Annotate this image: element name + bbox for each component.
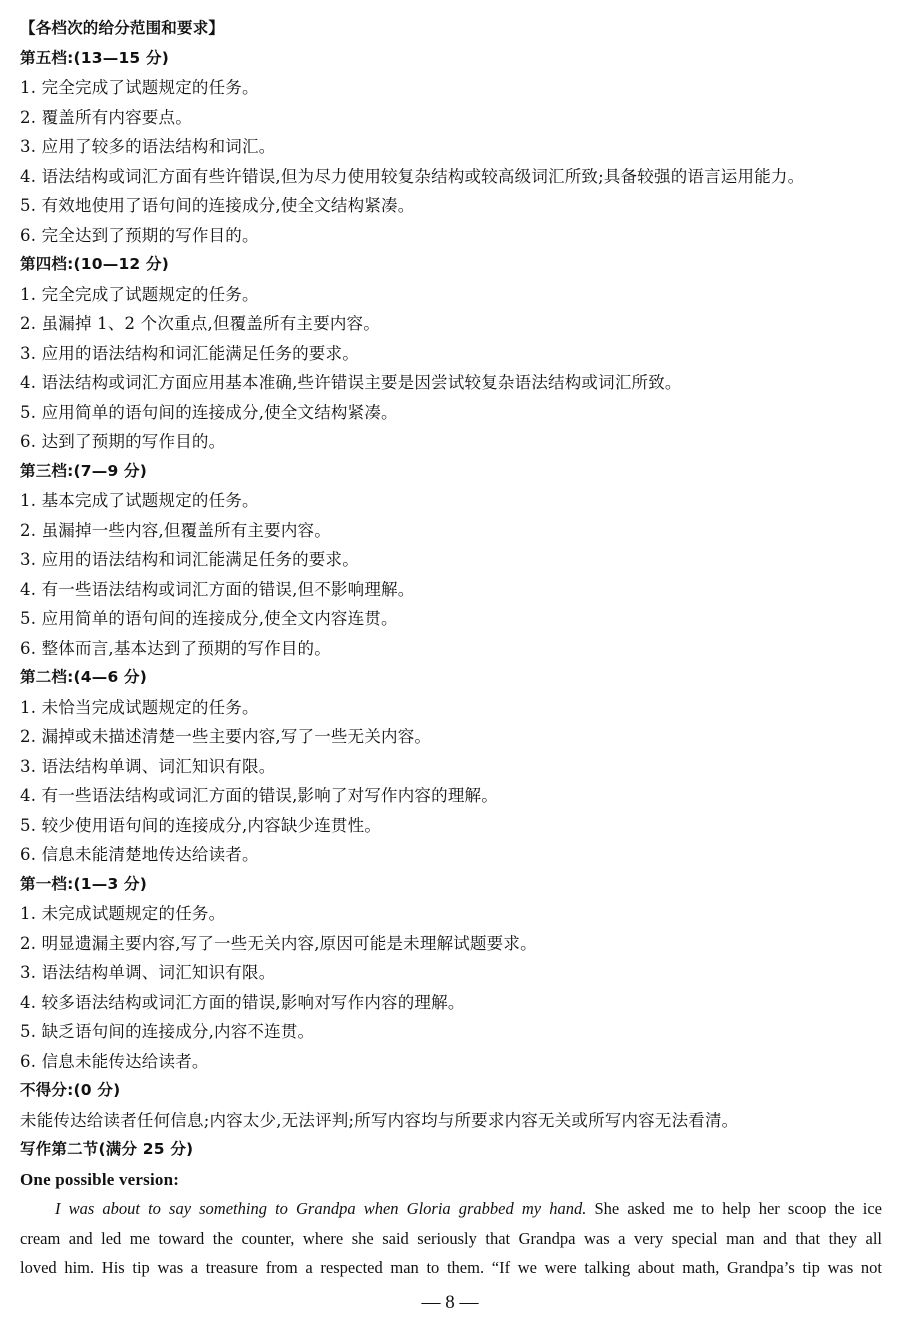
- level-heading: 第二档:(4—6 分): [20, 663, 882, 693]
- essay-line-3: loved him. His tip was a treasure from a…: [20, 1253, 882, 1283]
- criteria-item: 1. 未恰当完成试题规定的任务。: [20, 693, 882, 723]
- criteria-item: 1. 完全完成了试题规定的任务。: [20, 73, 882, 103]
- level-2-section: 第二档:(4—6 分) 1. 未恰当完成试题规定的任务。 2. 漏掉或未描述清楚…: [20, 663, 882, 870]
- essay-italic-lead: I was about to say something to Grandpa …: [55, 1199, 586, 1218]
- zero-score-heading: 不得分:(0 分): [20, 1076, 882, 1106]
- criteria-item: 4. 语法结构或词汇方面有些许错误,但为尽力使用较复杂结构或较高级词汇所致;具备…: [20, 162, 882, 192]
- criteria-item: 6. 信息未能清楚地传达给读者。: [20, 840, 882, 870]
- document-page: 【各档次的给分范围和要求】 第五档:(13—15 分) 1. 完全完成了试题规定…: [20, 14, 882, 1283]
- criteria-item: 2. 覆盖所有内容要点。: [20, 103, 882, 133]
- criteria-item: 2. 虽漏掉 1、2 个次重点,但覆盖所有主要内容。: [20, 309, 882, 339]
- essay-line-1-rest: She asked me to help her scoop the ice: [586, 1199, 882, 1218]
- criteria-item: 6. 信息未能传达给读者。: [20, 1047, 882, 1077]
- criteria-item: 4. 有一些语法结构或词汇方面的错误,影响了对写作内容的理解。: [20, 781, 882, 811]
- criteria-item: 5. 有效地使用了语句间的连接成分,使全文结构紧凑。: [20, 191, 882, 221]
- criteria-item: 3. 语法结构单调、词汇知识有限。: [20, 958, 882, 988]
- level-heading: 第四档:(10—12 分): [20, 250, 882, 280]
- criteria-item: 6. 完全达到了预期的写作目的。: [20, 221, 882, 251]
- criteria-item: 5. 缺乏语句间的连接成分,内容不连贯。: [20, 1017, 882, 1047]
- level-4-section: 第四档:(10—12 分) 1. 完全完成了试题规定的任务。 2. 虽漏掉 1、…: [20, 250, 882, 457]
- sample-essay-paragraph: I was about to say something to Grandpa …: [20, 1194, 882, 1283]
- criteria-item: 3. 应用的语法结构和词汇能满足任务的要求。: [20, 339, 882, 369]
- version-label: One possible version:: [20, 1165, 882, 1195]
- zero-score-section: 不得分:(0 分) 未能传达给读者任何信息;内容太少,无法评判;所写内容均与所要…: [20, 1076, 882, 1135]
- criteria-item: 5. 较少使用语句间的连接成分,内容缺少连贯性。: [20, 811, 882, 841]
- rubric-title: 【各档次的给分范围和要求】: [20, 14, 882, 44]
- criteria-item: 2. 明显遗漏主要内容,写了一些无关内容,原因可能是未理解试题要求。: [20, 929, 882, 959]
- criteria-item: 3. 语法结构单调、词汇知识有限。: [20, 752, 882, 782]
- level-heading: 第三档:(7—9 分): [20, 457, 882, 487]
- level-5-section: 第五档:(13—15 分) 1. 完全完成了试题规定的任务。 2. 覆盖所有内容…: [20, 44, 882, 251]
- section-2-heading: 写作第二节(满分 25 分): [20, 1135, 882, 1165]
- criteria-item: 2. 虽漏掉一些内容,但覆盖所有主要内容。: [20, 516, 882, 546]
- criteria-item: 4. 较多语法结构或词汇方面的错误,影响对写作内容的理解。: [20, 988, 882, 1018]
- criteria-item: 5. 应用简单的语句间的连接成分,使全文结构紧凑。: [20, 398, 882, 428]
- criteria-item: 6. 达到了预期的写作目的。: [20, 427, 882, 457]
- writing-section-2: 写作第二节(满分 25 分) One possible version: I w…: [20, 1135, 882, 1283]
- essay-line-1: I was about to say something to Grandpa …: [20, 1194, 882, 1224]
- level-3-section: 第三档:(7—9 分) 1. 基本完成了试题规定的任务。 2. 虽漏掉一些内容,…: [20, 457, 882, 664]
- page-number: — 8 —: [0, 1292, 900, 1314]
- essay-line-2: cream and led me toward the counter, whe…: [20, 1224, 882, 1254]
- level-heading: 第一档:(1—3 分): [20, 870, 882, 900]
- criteria-item: 3. 应用的语法结构和词汇能满足任务的要求。: [20, 545, 882, 575]
- zero-score-text: 未能传达给读者任何信息;内容太少,无法评判;所写内容均与所要求内容无关或所写内容…: [20, 1106, 882, 1136]
- criteria-item: 4. 有一些语法结构或词汇方面的错误,但不影响理解。: [20, 575, 882, 605]
- criteria-item: 3. 应用了较多的语法结构和词汇。: [20, 132, 882, 162]
- criteria-item: 2. 漏掉或未描述清楚一些主要内容,写了一些无关内容。: [20, 722, 882, 752]
- criteria-item: 1. 基本完成了试题规定的任务。: [20, 486, 882, 516]
- level-heading: 第五档:(13—15 分): [20, 44, 882, 74]
- criteria-item: 4. 语法结构或词汇方面应用基本准确,些许错误主要是因尝试较复杂语法结构或词汇所…: [20, 368, 882, 398]
- level-1-section: 第一档:(1—3 分) 1. 未完成试题规定的任务。 2. 明显遗漏主要内容,写…: [20, 870, 882, 1077]
- criteria-item: 5. 应用简单的语句间的连接成分,使全文内容连贯。: [20, 604, 882, 634]
- criteria-item: 1. 完全完成了试题规定的任务。: [20, 280, 882, 310]
- criteria-item: 1. 未完成试题规定的任务。: [20, 899, 882, 929]
- criteria-item: 6. 整体而言,基本达到了预期的写作目的。: [20, 634, 882, 664]
